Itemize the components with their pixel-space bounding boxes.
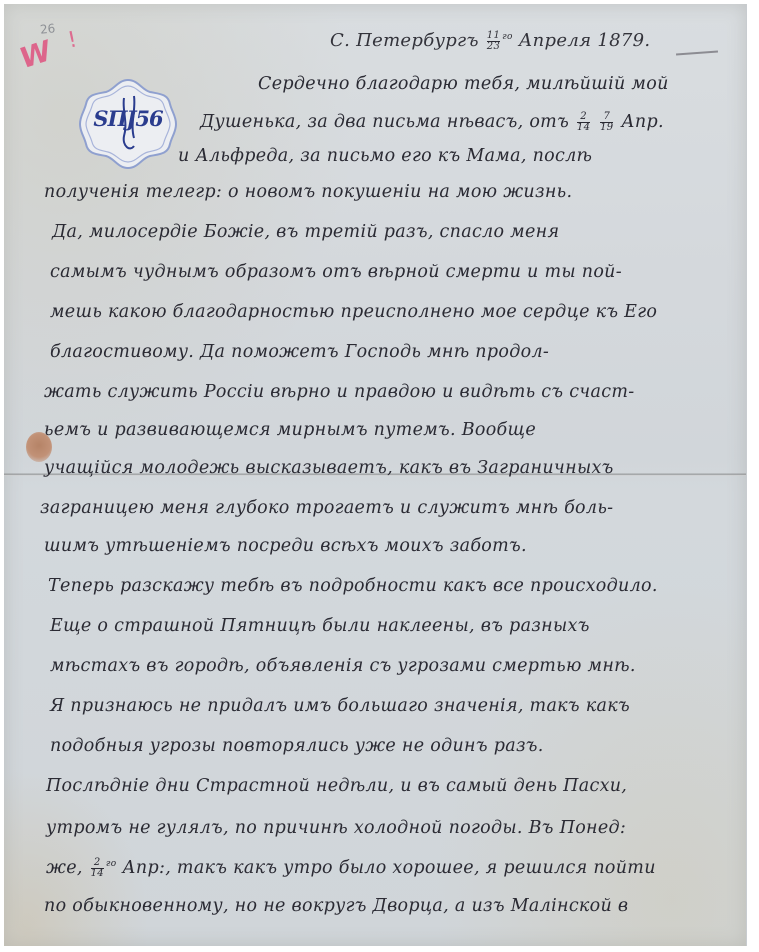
date-fraction: 2 14 [577,112,590,133]
letter-line: же, 2 14 го Апр:, такъ какъ утро было хо… [46,858,656,879]
monogram-letters: SПJ56 [76,106,180,131]
scan-margin-bottom [0,946,759,952]
month-name: Апреля [519,30,592,51]
letter-line: подобныя угрозы повторялись уже не одинъ… [50,736,544,756]
day-new-style: 23 [487,42,500,52]
scan-margin-right [747,0,759,952]
letter-line: Сердечно благодарю тебя, милѣйшiй мой [258,74,669,94]
fraction-denominator: 14 [91,869,104,879]
line-text: же, [46,858,83,878]
date-fraction: 11 23 [487,31,500,52]
letter-line: утромъ не гулялъ, по причинѣ холодной по… [46,818,626,838]
date-fraction: 2 14 [91,858,104,879]
letter-line: ьемъ и развивающемся мирнымъ путемъ. Воо… [44,420,536,440]
letter-line: заграницею меня глубоко трогаетъ и служи… [40,498,613,518]
year: 1879. [597,30,650,51]
fraction-denominator: 19 [600,123,613,133]
letter-line: Теперь разскажу тебѣ въ подробности какъ… [48,576,658,596]
letter-line: мѣстахъ въ городѣ, объявленiя съ угрозам… [50,656,636,676]
line-text: Душенька, за два письма нѣвасъ, отъ [200,112,569,132]
fraction-denominator: 14 [577,123,590,133]
monogram-emblem-icon: SПJ56 [76,76,180,172]
day-old-style: 11 [487,31,500,42]
letter-line: учащiйся молодежь высказываетъ, какъ въ … [44,458,614,478]
date-fraction: 7 19 [600,112,613,133]
day-suffix: го [502,32,513,42]
letter-line: полученiя телегр: о новомъ покушенiи на … [44,182,572,202]
line-tail: Апр:, такъ какъ утро было хорошее, я реш… [122,858,655,878]
letter-line: мешь какою благодарностью преисполнено м… [50,302,657,322]
line-tail: Апр. [621,112,664,132]
letter-line: Душенька, за два письма нѣвасъ, отъ 2 14… [200,112,664,133]
letter-dateline: С. Петербургъ 11 23 го Апреля 1879. [330,30,650,52]
letter-line: по обыкновенному, но не вокругъ Дворца, … [44,896,628,916]
letter-line: жать служить Россiи вѣрно и правдою и ви… [44,382,634,402]
letter-line: самымъ чуднымъ образомъ отъ вѣрной смерт… [50,262,622,282]
letter-line: благостивому. Да поможетъ Господь мнѣ пр… [50,342,549,362]
day-suffix: го [106,859,117,869]
letter-line: Да, милосердiе Божiе, въ третiй разъ, сп… [52,222,559,242]
letter-line: Я признаюсь не придалъ имъ большаго знач… [50,696,630,716]
letter-line: и Альфреда, за письмо его къ Мама, послѣ [178,146,592,166]
place-name: С. Петербургъ [330,30,479,51]
letter-line: шимъ утѣшенiемъ посреди всѣхъ моихъ забо… [44,536,527,556]
letter-line: Послѣднiе дни Страстной недѣли, и въ сам… [46,776,627,796]
letter-line: Еще о страшной Пятницѣ были наклеены, въ… [50,616,590,636]
